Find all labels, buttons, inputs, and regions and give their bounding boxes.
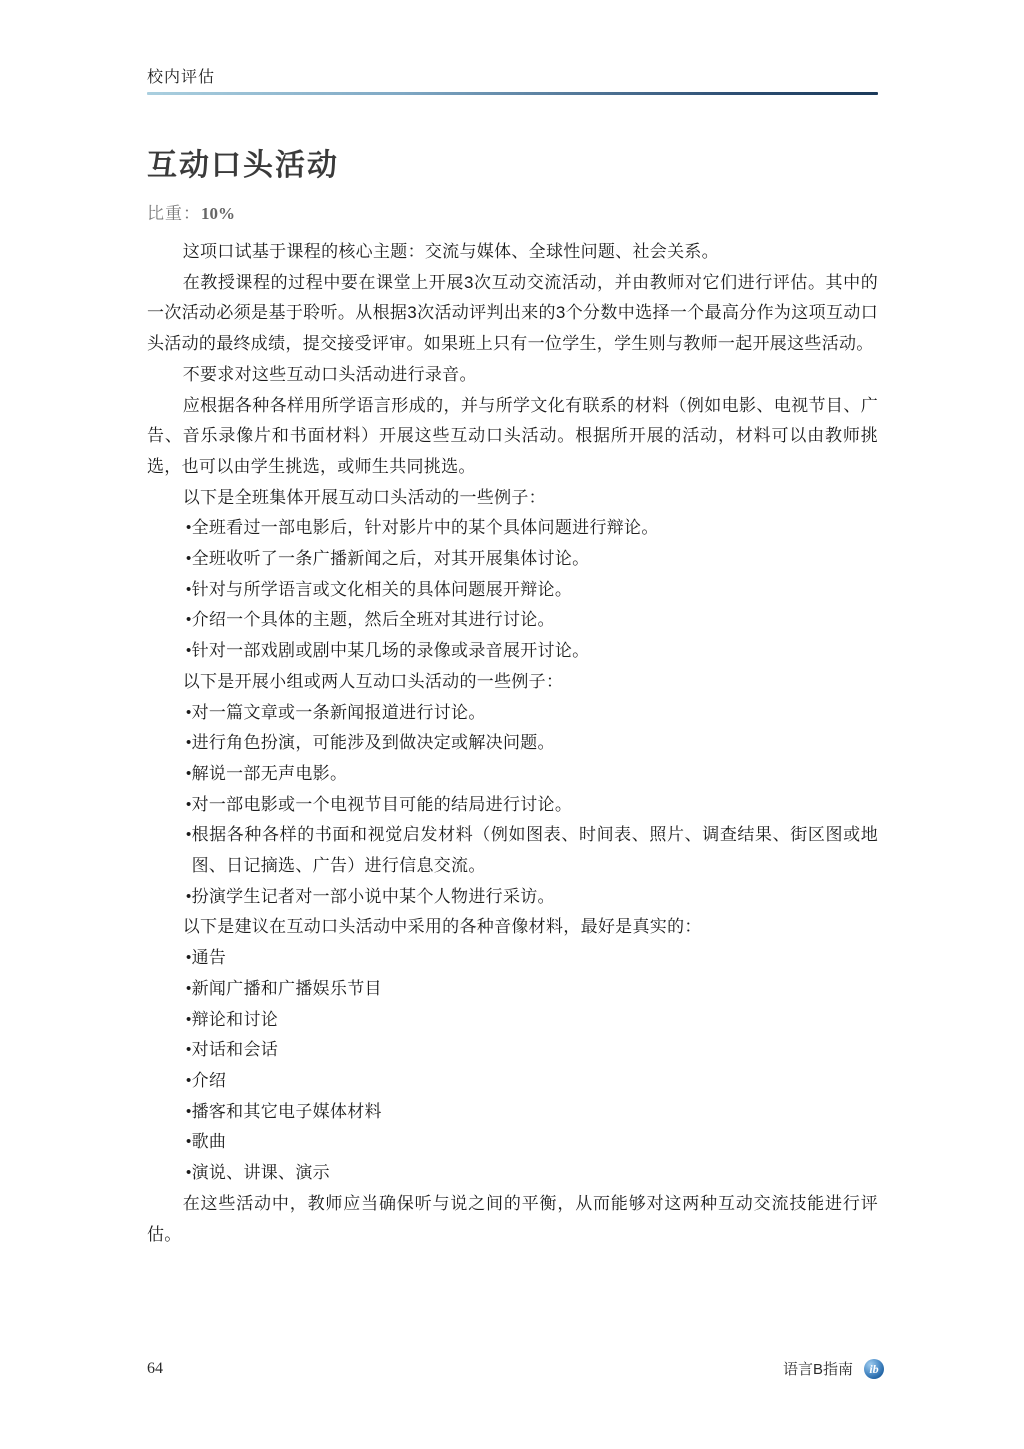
list-item-text: 对一部电影或一个电视节目可能的结局进行讨论。 — [192, 790, 878, 821]
list-item-text: 通告 — [192, 943, 878, 974]
bullet-icon: • — [147, 1066, 192, 1097]
list-item: •辩论和讨论 — [147, 1005, 878, 1036]
list-item-text: 针对与所学语言或文化相关的具体问题展开辩论。 — [192, 575, 878, 606]
list-item-text: 全班看过一部电影后，针对影片中的某个具体问题进行辩论。 — [192, 513, 878, 544]
list-item: •进行角色扮演，可能涉及到做决定或解决问题。 — [147, 728, 878, 759]
paragraph: 以下是开展小组或两人互动口头活动的一些例子： — [147, 667, 878, 698]
list-item-text: 介绍一个具体的主题，然后全班对其进行讨论。 — [192, 605, 878, 636]
bullet-icon: • — [147, 636, 192, 667]
list-item: •介绍一个具体的主题，然后全班对其进行讨论。 — [147, 605, 878, 636]
bullet-icon: • — [147, 943, 192, 974]
paragraph: 这项口试基于课程的核心主题：交流与媒体、全球性问题、社会关系。 — [147, 237, 878, 268]
body-content: 这项口试基于课程的核心主题：交流与媒体、全球性问题、社会关系。在教授课程的过程中… — [147, 237, 878, 1250]
list-item: •介绍 — [147, 1066, 878, 1097]
list-item-text: 扮演学生记者对一部小说中某个人物进行采访。 — [192, 882, 878, 913]
bullet-icon: • — [147, 1127, 192, 1158]
page-title: 互动口头活动 — [147, 140, 878, 184]
list-item: •解说一部无声电影。 — [147, 759, 878, 790]
paragraph: 不要求对这些互动口头活动进行录音。 — [147, 360, 878, 391]
bullet-icon: • — [147, 1158, 192, 1189]
list-item-text: 根据各种各样的书面和视觉启发材料（例如图表、时间表、照片、调查结果、街区图或地图… — [192, 820, 878, 881]
page-footer: 64 语言B指南 ib — [147, 1358, 884, 1379]
list-item: •对一篇文章或一条新闻报道进行讨论。 — [147, 698, 878, 729]
weight-label: 比重： — [147, 204, 201, 223]
list-item: •对话和会话 — [147, 1035, 878, 1066]
list-item: •歌曲 — [147, 1127, 878, 1158]
bullet-icon: • — [147, 759, 192, 790]
list-item-text: 介绍 — [192, 1066, 878, 1097]
bullet-icon: • — [147, 974, 192, 1005]
bullet-icon: • — [147, 882, 192, 913]
weight-value: 10% — [201, 204, 235, 223]
bullet-icon: • — [147, 1035, 192, 1066]
list-item: •通告 — [147, 943, 878, 974]
list-item: •全班收听了一条广播新闻之后，对其开展集体讨论。 — [147, 544, 878, 575]
bullet-icon: • — [147, 820, 192, 881]
list-item-text: 辩论和讨论 — [192, 1005, 878, 1036]
list-item: •全班看过一部电影后，针对影片中的某个具体问题进行辩论。 — [147, 513, 878, 544]
list-item: •针对一部戏剧或剧中某几场的录像或录音展开讨论。 — [147, 636, 878, 667]
list-item: •针对与所学语言或文化相关的具体问题展开辩论。 — [147, 575, 878, 606]
bullet-icon: • — [147, 790, 192, 821]
ib-logo-icon: ib — [864, 1359, 884, 1379]
paragraph: 在这些活动中，教师应当确保听与说之间的平衡，从而能够对这两种互动交流技能进行评估… — [147, 1189, 878, 1250]
list-item: •新闻广播和广播娱乐节目 — [147, 974, 878, 1005]
page-number: 64 — [147, 1360, 163, 1378]
bullet-icon: • — [147, 1097, 192, 1128]
list-item-text: 播客和其它电子媒体材料 — [192, 1097, 878, 1128]
bullet-icon: • — [147, 605, 192, 636]
document-page: 校内评估 互动口头活动 比重：10% 这项口试基于课程的核心主题：交流与媒体、全… — [0, 0, 1024, 1449]
page-content: 校内评估 互动口头活动 比重：10% 这项口试基于课程的核心主题：交流与媒体、全… — [147, 64, 878, 1250]
paragraph: 以下是建议在互动口头活动中采用的各种音像材料，最好是真实的： — [147, 912, 878, 943]
bullet-icon: • — [147, 513, 192, 544]
bullet-icon: • — [147, 575, 192, 606]
list-item-text: 对话和会话 — [192, 1035, 878, 1066]
bullet-icon: • — [147, 544, 192, 575]
list-item-text: 全班收听了一条广播新闻之后，对其开展集体讨论。 — [192, 544, 878, 575]
header-rule — [147, 92, 878, 95]
list-item: •演说、讲课、演示 — [147, 1158, 878, 1189]
list-item-text: 解说一部无声电影。 — [192, 759, 878, 790]
paragraph: 以下是全班集体开展互动口头活动的一些例子： — [147, 483, 878, 514]
list-item: •播客和其它电子媒体材料 — [147, 1097, 878, 1128]
list-item: •对一部电影或一个电视节目可能的结局进行讨论。 — [147, 790, 878, 821]
paragraph: 应根据各种各样用所学语言形成的，并与所学文化有联系的材料（例如电影、电视节目、广… — [147, 391, 878, 483]
list-item-text: 演说、讲课、演示 — [192, 1158, 878, 1189]
bullet-icon: • — [147, 728, 192, 759]
list-item-text: 对一篇文章或一条新闻报道进行讨论。 — [192, 698, 878, 729]
list-item: •根据各种各样的书面和视觉启发材料（例如图表、时间表、照片、调查结果、街区图或地… — [147, 820, 878, 881]
list-item: •扮演学生记者对一部小说中某个人物进行采访。 — [147, 882, 878, 913]
paragraph: 在教授课程的过程中要在课堂上开展3次互动交流活动，并由教师对它们进行评估。其中的… — [147, 268, 878, 360]
running-header: 校内评估 — [147, 64, 878, 87]
weight-line: 比重：10% — [147, 199, 878, 224]
list-item-text: 新闻广播和广播娱乐节目 — [192, 974, 878, 1005]
footer-right: 语言B指南 ib — [783, 1358, 884, 1379]
list-item-text: 歌曲 — [192, 1127, 878, 1158]
bullet-icon: • — [147, 698, 192, 729]
list-item-text: 进行角色扮演，可能涉及到做决定或解决问题。 — [192, 728, 878, 759]
list-item-text: 针对一部戏剧或剧中某几场的录像或录音展开讨论。 — [192, 636, 878, 667]
bullet-icon: • — [147, 1005, 192, 1036]
footer-doc-title: 语言B指南 — [783, 1358, 853, 1379]
